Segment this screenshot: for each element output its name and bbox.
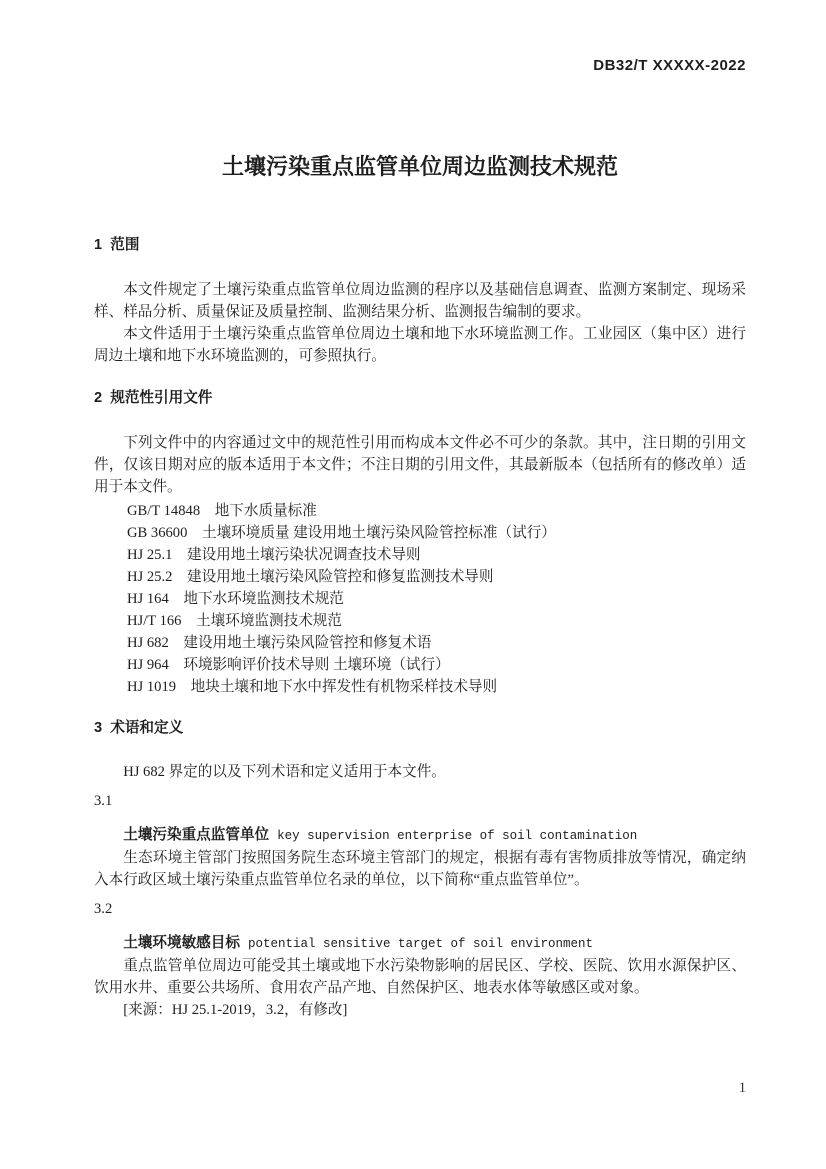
- term-en: potential sensitive target of soil envir…: [248, 937, 593, 951]
- page-number: 1: [739, 1077, 746, 1099]
- standard-number: DB32/T XXXXX-2022: [94, 56, 746, 76]
- section-2-heading: 2 规范性引用文件: [94, 387, 746, 409]
- reference-list: GB/T 14848 地下水质量标准 GB 36600 土壤环境质量 建设用地土…: [94, 500, 746, 698]
- term-definition: 重点监管单位周边可能受其土壤或地下水污染物影响的居民区、学校、医院、饮用水源保护…: [94, 955, 746, 999]
- reference-item: HJ 682 建设用地土壤污染风险管控和修复术语: [94, 632, 746, 654]
- reference-item: GB 36600 土壤环境质量 建设用地土壤污染风险管控标准（试行）: [94, 522, 746, 544]
- section-1-heading: 1 范围: [94, 234, 746, 256]
- term-line-3-2: 土壤环境敏感目标potential sensitive target of so…: [94, 932, 746, 955]
- document-page: DB32/T XXXXX-2022 土壤污染重点监管单位周边监测技术规范 1 范…: [0, 0, 826, 1169]
- section-2-paragraph: 下列文件中的内容通过文中的规范性引用而构成本文件必不可少的条款。其中，注日期的引…: [94, 432, 746, 498]
- term-line-3-1: 土壤污染重点监管单位key supervision enterprise of …: [94, 824, 746, 847]
- reference-item: HJ 964 环境影响评价技术导则 土壤环境（试行）: [94, 654, 746, 676]
- reference-item: GB/T 14848 地下水质量标准: [94, 500, 746, 522]
- term-source: [来源：HJ 25.1-2019，3.2，有修改]: [94, 999, 746, 1021]
- term-number-3-1: 3.1: [94, 790, 746, 812]
- section-1-paragraph: 本文件适用于土壤污染重点监管单位周边土壤和地下水环境监测工作。工业园区（集中区）…: [94, 323, 746, 367]
- term-number-3-2: 3.2: [94, 898, 746, 920]
- section-3-paragraph: HJ 682 界定的以及下列术语和定义适用于本文件。: [94, 761, 746, 783]
- term-zh: 土壤环境敏感目标: [123, 935, 240, 951]
- term-en: key supervision enterprise of soil conta…: [277, 829, 637, 843]
- section-3-heading: 3 术语和定义: [94, 717, 746, 739]
- reference-item: HJ 1019 地块土壤和地下水中挥发性有机物采样技术导则: [94, 676, 746, 698]
- term-definition: 生态环境主管部门按照国务院生态环境主管部门的规定，根据有毒有害物质排放等情况，确…: [94, 847, 746, 891]
- document-title: 土壤污染重点监管单位周边监测技术规范: [94, 151, 746, 183]
- reference-item: HJ/T 166 土壤环境监测技术规范: [94, 610, 746, 632]
- section-1-paragraph: 本文件规定了土壤污染重点监管单位周边监测的程序以及基础信息调查、监测方案制定、现…: [94, 279, 746, 323]
- reference-item: HJ 25.2 建设用地土壤污染风险管控和修复监测技术导则: [94, 566, 746, 588]
- reference-item: HJ 25.1 建设用地土壤污染状况调查技术导则: [94, 544, 746, 566]
- reference-item: HJ 164 地下水环境监测技术规范: [94, 588, 746, 610]
- term-zh: 土壤污染重点监管单位: [123, 827, 269, 843]
